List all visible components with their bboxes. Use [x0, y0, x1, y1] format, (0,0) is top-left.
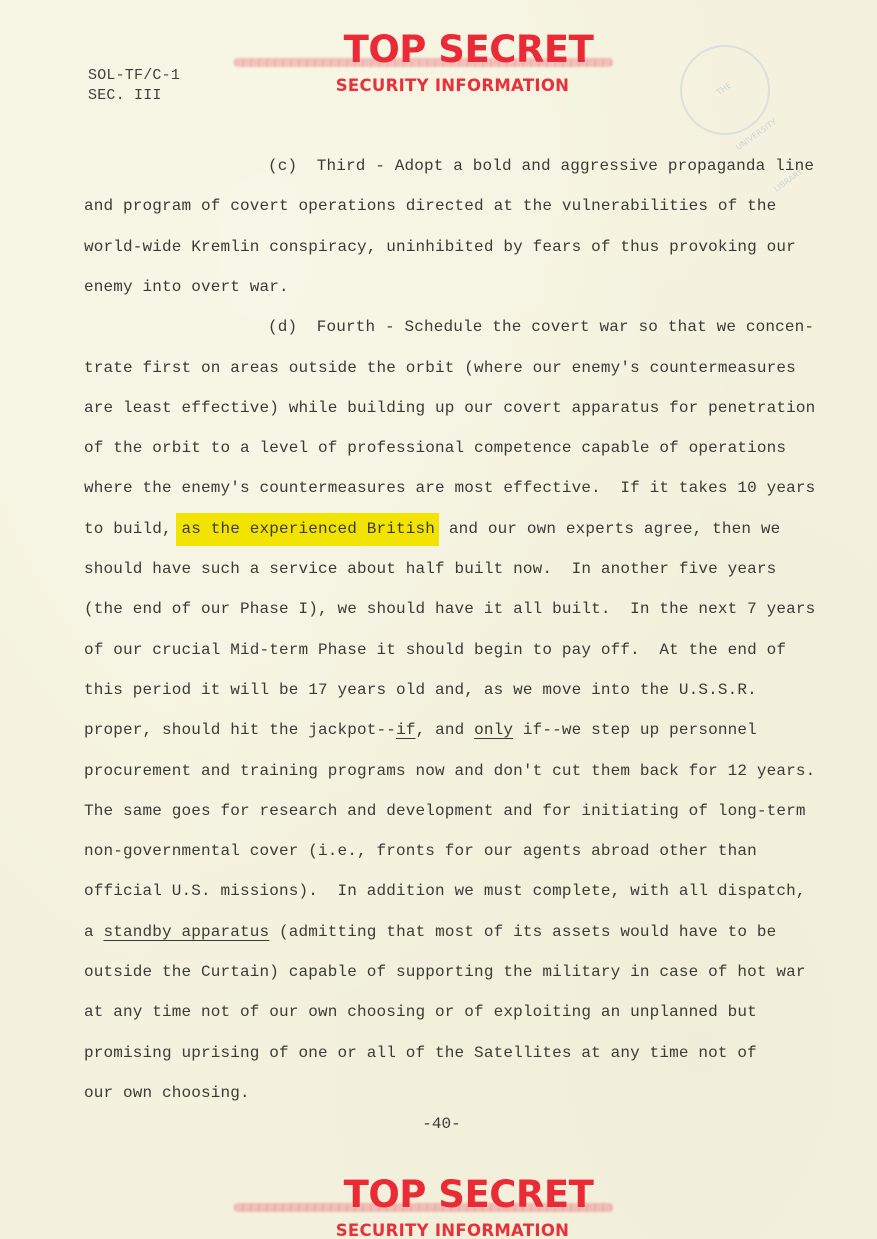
- underlined-text: if: [396, 721, 416, 739]
- text-line: promising uprising of one or all of the …: [84, 1042, 757, 1064]
- text-line: at any time not of our own choosing or o…: [84, 1001, 757, 1023]
- text-line: our own choosing.: [84, 1082, 250, 1104]
- text-segment: a: [84, 923, 104, 941]
- seal-text: THE UNIVERSITY LIBRARY: [685, 50, 766, 131]
- text-line: The same goes for research and developme…: [84, 800, 806, 822]
- text-line: of our crucial Mid-term Phase it should …: [84, 639, 786, 661]
- underlined-text: only: [474, 721, 513, 739]
- text-line: should have such a service about half bu…: [84, 558, 776, 580]
- text-line: non-governmental cover (i.e., fronts for…: [84, 840, 757, 862]
- text-segment: if--we step up personnel: [513, 721, 757, 739]
- text-segment: , and: [416, 721, 475, 739]
- text-segment: proper, should hit the jackpot--: [84, 721, 396, 739]
- text-line: world-wide Kremlin conspiracy, uninhibit…: [84, 236, 796, 258]
- classification-stamp-bottom: TOP SECRET SECURITY INFORMATION: [0, 1175, 877, 1239]
- text-line: are least effective) while building up o…: [84, 397, 815, 419]
- text-line: trate first on areas outside the orbit (…: [84, 357, 796, 379]
- text-line: to build, as the experienced British and…: [84, 518, 780, 540]
- classification-label: TOP SECRET: [344, 1175, 594, 1215]
- highlighted-text: as the experienced British: [176, 513, 440, 546]
- text-line: official U.S. missions). In addition we …: [84, 880, 806, 902]
- library-seal-icon: THE UNIVERSITY LIBRARY: [680, 45, 770, 135]
- text-segment: to build,: [84, 520, 182, 538]
- text-line: of the orbit to a level of professional …: [84, 437, 786, 459]
- text-line: and program of covert operations directe…: [84, 195, 776, 217]
- text-segment: and our own experts agree, then we: [439, 520, 780, 538]
- classification-sublabel: SECURITY INFORMATION: [28, 1221, 877, 1239]
- paragraph-c-first-line: (c) Third - Adopt a bold and aggressive …: [268, 155, 814, 177]
- classification-label: TOP SECRET: [344, 30, 594, 70]
- page-number: -40-: [0, 1113, 877, 1135]
- underlined-text: standby apparatus: [104, 923, 270, 941]
- paragraph-d-first-line: (d) Fourth - Schedule the covert war so …: [268, 316, 814, 338]
- text-line: proper, should hit the jackpot--if, and …: [84, 719, 757, 741]
- text-line: where the enemy's countermeasures are mo…: [84, 477, 815, 499]
- text-line: (the end of our Phase I), we should have…: [84, 598, 815, 620]
- text-line: outside the Curtain) capable of supporti…: [84, 961, 806, 983]
- text-line: procurement and training programs now an…: [84, 760, 815, 782]
- text-line: a standby apparatus (admitting that most…: [84, 921, 776, 943]
- text-segment: (admitting that most of its assets would…: [269, 923, 776, 941]
- text-line: enemy into overt war.: [84, 276, 289, 298]
- text-line: this period it will be 17 years old and,…: [84, 679, 757, 701]
